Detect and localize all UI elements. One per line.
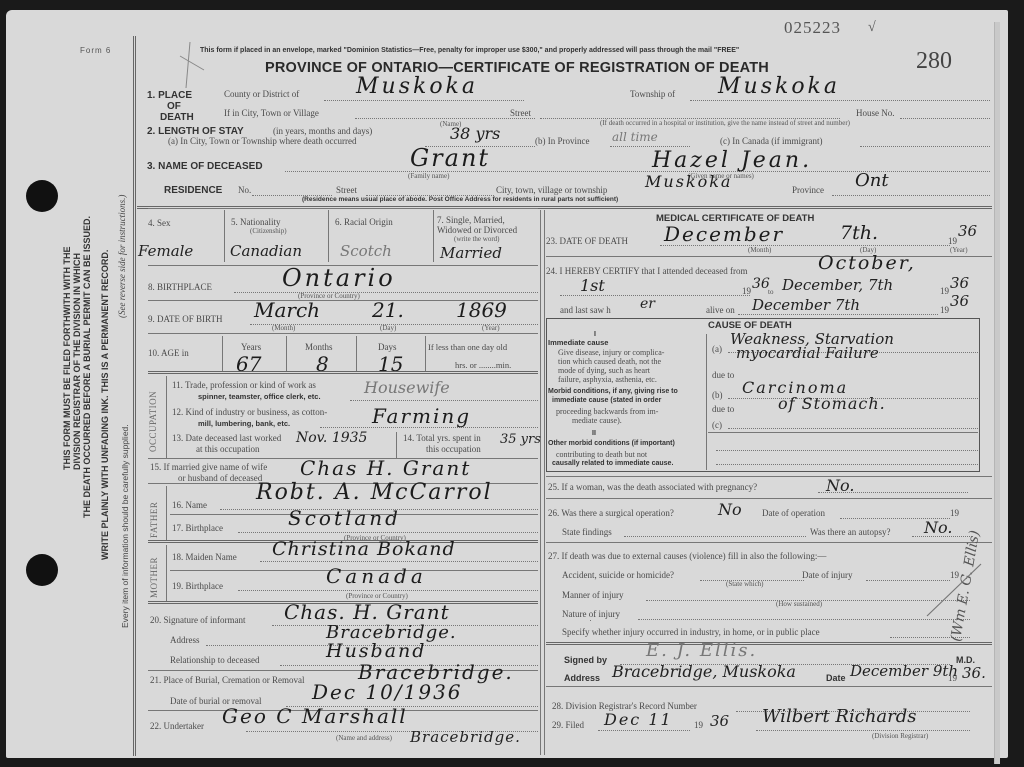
father-name-value[interactable]: Robt. A. McCarrol [256,480,493,505]
immediate-cause-title: Immediate cause [548,338,608,347]
check-mark-icon: √ [868,20,877,36]
nature-label: Nature of injury [562,609,620,619]
date-of-death-month[interactable]: December [664,222,784,246]
street-label: Street [510,108,531,118]
last-saw-label: and last saw h [560,305,611,315]
pregnancy-label: 25. If a woman, was the death associated… [548,482,757,492]
county-label: County or District of [224,89,299,99]
stay-province-label: (b) In Province [535,136,589,146]
age-days-label: Days [378,342,397,352]
signature-date-label: Date [826,673,846,683]
margin-notice-line6: (See reverse side for instructions.) [117,195,127,318]
due-to-1: due to [712,370,734,380]
signature-address-label: Address [564,673,600,683]
family-name-value[interactable]: Grant [410,144,490,172]
dob-month-sublabel: (Month) [272,324,295,332]
deceased-name-heading: 3. NAME OF DECEASED [147,161,263,172]
mother-birthplace-label: 19. Birthplace [172,581,223,591]
pencil-mark [178,40,208,90]
margin-notice-line5: Every item of information should be care… [120,424,130,628]
marital-label-1: 7. Single, Married, [437,215,505,225]
informant-signature-label: 20. Signature of informant [150,615,245,625]
immediate-desc-3: mode of dying, such as heart [558,366,650,375]
autopsy-value[interactable]: No. [924,518,952,537]
margin-notice-line2: DIVISION REGISTRAR OF THE DIVISION IN WH… [72,253,82,470]
mailing-notice: This form if placed in an envelope, mark… [200,47,739,54]
date-of-death-label: 23. DATE OF DEATH [546,236,628,246]
residence-note: (Residence means usual place of abode. P… [302,196,618,203]
residence-province-value[interactable]: Ont [855,170,889,191]
last-saw-value[interactable]: er [640,296,655,312]
less-than-day-label: If less than one day old [428,342,507,352]
residence-no-label: No. [238,185,251,195]
stay-city-value[interactable]: 38 yrs [450,124,500,143]
trade-label-2: spinner, teamster, office clerk, etc. [198,392,321,401]
cause-a-value-2[interactable]: myocardial Failure [736,344,879,362]
residence-province-label: Province [792,185,824,195]
spouse-label-2: or husband of deceased [178,473,262,483]
undertaker-value[interactable]: Geo C Marshall [222,704,408,728]
immediate-desc-4: failure, asphyxia, asthenia, etc. [558,375,657,384]
racial-origin-value[interactable]: Scotch [340,242,392,260]
informant-signature-value[interactable]: Chas. H. Grant [284,600,450,624]
undertaker-sublabel: (Name and address) [336,734,392,742]
mother-section-label: MOTHER [149,557,159,598]
industry-label-2: mill, lumbering, bank, etc. [198,419,290,428]
cause-b-label: (b) [712,390,723,400]
immediate-desc-2: tion which caused death, not the [558,357,661,366]
hrs-min-label: hrs. or ........min. [455,360,511,370]
cause-a-label: (a) [712,344,722,354]
signature-address-value[interactable]: Bracebridge, Muskoka [612,662,796,681]
age-months-label: Months [305,342,333,352]
alive-on-label: alive on [706,305,735,315]
column-divider [540,210,541,755]
place-of-death-heading-death: DEATH [160,112,194,123]
sex-value[interactable]: Female [138,242,193,260]
marital-value[interactable]: Married [440,244,502,262]
dob-month-value[interactable]: March [254,298,320,322]
dob-label: 9. DATE OF BIRTH [148,314,222,324]
hospital-note: (If death occurred in a hospital or inst… [600,119,850,127]
alive-year[interactable]: 36 [950,292,969,310]
morbid-title-1: Morbid conditions, if any, giving rise t… [548,388,678,395]
mother-maiden-value[interactable]: Christina Bokand [272,538,456,560]
date-of-death-year-prefix: 19 [948,236,957,246]
manner-label: Manner of injury [562,590,623,600]
surgery-value[interactable]: No [718,500,742,519]
other-morbid-title: Other morbid conditions (if important) [548,440,675,447]
age-years-label: Years [241,342,261,352]
place-of-death-heading-of: OF [167,101,181,112]
accident-label: Accident, suicide or homicide? [562,570,674,580]
margin-notice-line4: WRITE PLAINLY WITH UNFADING INK. THIS IS… [100,250,110,560]
stay-city-label: (a) In City, Town or Township where deat… [168,136,357,146]
date-of-death-day[interactable]: 7th. [840,222,878,244]
nationality-label: 5. Nationality [231,217,281,227]
other-morbid-desc-1: contributing to death but not [556,450,647,459]
marital-label-2: Widowed or Divorced [437,225,517,235]
morbid-desc-2: mediate cause). [572,416,622,425]
dob-year-sublabel: (Year) [482,324,500,332]
residence-city-label: City, town, village or township [496,185,607,195]
father-birthplace-value[interactable]: Scotland [288,506,401,530]
burial-date-value[interactable]: Dec 10/1936 [312,680,463,704]
trade-label-1: 11. Trade, profession or kind of work as [172,380,316,390]
operation-year-prefix: 19 [950,508,959,518]
attended-from-month[interactable]: October, [818,252,916,274]
registration-number: 280 [916,48,952,75]
trade-value[interactable]: Housewife [364,378,450,397]
total-years-label-1: 14. Total yrs. spent in [403,433,481,443]
immediate-desc-1: Give disease, injury or complica- [558,348,664,357]
stay-canada-label: (c) In Canada (if immigrant) [720,136,822,146]
attended-to-label: to [768,288,773,296]
given-names-value[interactable]: Hazel Jean. [652,148,812,173]
other-morbid-desc-2: causally related to immediate cause. [552,460,673,467]
family-name-sublabel: (Family name) [408,172,449,180]
racial-origin-label: 6. Racial Origin [335,217,393,227]
industry-value[interactable]: Farming [372,404,471,428]
mother-maiden-label: 18. Maiden Name [172,552,237,562]
relationship-value[interactable]: Husband [326,640,426,662]
mother-birthplace-value[interactable]: Canada [326,564,427,588]
spouse-label-1: 15. If married give name of wife [150,462,267,472]
city-label: If in City, Town or Village [224,108,319,118]
undertaker-address-value[interactable]: Bracebridge. [410,728,521,746]
last-worked-label-2: at this occupation [196,444,259,454]
total-years-value[interactable]: 35 yrs [500,432,541,447]
mother-birthplace-sublabel: (Province or Country) [346,592,408,600]
length-of-stay-sublabel: (in years, months and days) [273,126,372,136]
autopsy-label: Was there an autopsy? [810,527,891,537]
signed-by-label: Signed by [564,655,607,665]
marital-sublabel: (write the word) [454,235,499,243]
operation-date-label: Date of operation [762,508,825,518]
death-month-sublabel: (Month) [748,246,771,254]
relationship-label: Relationship to deceased [170,655,259,665]
nationality-value[interactable]: Canadian [230,242,302,260]
stay-province-value[interactable]: all time [612,130,658,144]
attended-to-value[interactable]: December, 7th [782,276,893,294]
place-of-death-heading: 1. PLACE [147,90,192,101]
registrar-sublabel: (Division Registrar) [872,732,928,740]
father-section-label: FATHER [149,502,159,538]
dob-day-value[interactable]: 21. [372,298,404,322]
certify-label: 24. I HEREBY CERTIFY that I attended dec… [546,266,748,276]
township-label: Township of [630,89,675,99]
death-year-sublabel: (Year) [950,246,968,254]
morbid-desc-1: proceeding backwards from im- [556,407,658,416]
signature-year[interactable]: 36. [962,664,986,682]
occupation-section-label: OCCUPATION [148,391,158,452]
margin-notice-line1: THIS FORM MUST BE FILED FORTHWITH WITH T… [62,247,72,470]
filed-year-prefix: 19 [694,720,703,730]
signature-year-prefix: 19 [948,673,957,683]
birthplace-value[interactable]: Ontario [282,264,396,292]
dob-day-sublabel: (Day) [380,324,396,332]
certificate-title: PROVINCE OF ONTARIO—CERTIFICATE OF REGIS… [265,60,769,76]
morbid-title-2: immediate cause (stated in order [552,397,661,404]
binder-hole-top [26,180,58,212]
pregnancy-value[interactable]: No. [826,476,854,495]
filed-value[interactable]: Dec 11 [604,710,673,729]
specify-label: Specify whether injury occurred in indus… [562,627,820,637]
roman-two: II [592,430,596,437]
age-label: 10. AGE in [148,348,189,358]
total-years-label-2: this occupation [426,444,481,454]
father-name-label: 16. Name [172,500,207,510]
roman-one: I [594,331,596,338]
residence-city-value[interactable]: Muskoka [645,172,732,191]
injury-date-label: Date of injury [802,570,852,580]
sex-label: 4. Sex [148,218,171,228]
cause-c-label: (c) [712,420,722,430]
father-birthplace-label: 17. Birthplace [172,523,223,533]
informant-address-label: Address [170,635,200,645]
attended-year1-prefix: 19 [742,286,751,296]
undertaker-label: 22. Undertaker [150,721,204,731]
stamp-number: 025223 [784,18,841,38]
due-to-2: due to [712,404,734,414]
alive-year-prefix: 19 [940,305,949,315]
form-number: Form 6 [80,46,111,55]
nationality-sublabel: (Citizenship) [250,227,287,235]
attended-year2-prefix: 19 [940,286,949,296]
last-worked-label-1: 13. Date deceased last worked [172,433,281,443]
attended-from-day[interactable]: 1st [580,276,605,295]
filed-year[interactable]: 36 [710,712,729,730]
signed-by-value[interactable]: E. J. Ellis. [646,640,757,661]
residence-heading: RESIDENCE [164,185,222,196]
last-worked-value[interactable]: Nov. 1935 [296,430,367,446]
attended-year2[interactable]: 36 [950,274,969,292]
surgery-label: 26. Was there a surgical operation? [548,508,674,518]
signature-date-value[interactable]: December 9th [850,662,958,680]
external-causes-label: 27. If death was due to external causes … [548,551,826,561]
findings-label: State findings [562,527,612,537]
cause-b-value-2[interactable]: of Stomach. [778,394,886,413]
paper-edge [994,22,1000,764]
residence-street-label: Street [336,185,357,195]
strike-line [925,560,985,620]
binder-hole-bottom [26,554,58,586]
how-sustained-sublabel: (How sustained) [776,600,822,608]
date-of-death-year[interactable]: 36 [958,222,977,240]
form-left-border [133,36,136,756]
registrar-signature[interactable]: Wilbert Richards [762,706,917,727]
alive-on-value[interactable]: December 7th [752,296,860,314]
dob-year-value[interactable]: 1869 [456,298,507,322]
birthplace-label: 8. BIRTHPLACE [148,282,212,292]
state-which-sublabel: (State which) [726,580,764,588]
township-value[interactable]: Muskoka [718,74,840,99]
house-no-label: House No. [856,108,895,118]
industry-label-1: 12. Kind of industry or business, as cot… [172,407,327,417]
filed-label: 29. Filed [552,720,584,730]
county-value[interactable]: Muskoka [356,74,478,99]
burial-place-label: 21. Place of Burial, Cremation or Remova… [150,675,304,685]
spouse-value[interactable]: Chas H. Grant [300,456,471,480]
margin-notice-line3: THE DEATH OCCURRED BEFORE A BURIAL PERMI… [82,216,92,518]
